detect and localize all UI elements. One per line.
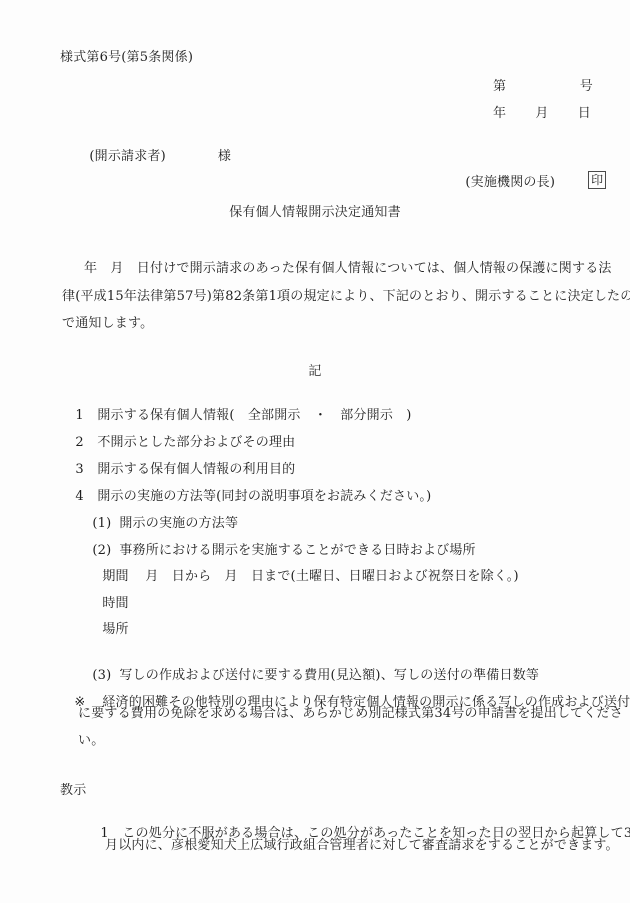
doc-number-prefix: 第 bbox=[493, 79, 506, 95]
doc-number-suffix: 号 bbox=[580, 79, 593, 95]
addressee-honorific: 様 bbox=[218, 149, 231, 164]
issuer-line: (実施機関の長)印 bbox=[448, 157, 606, 207]
schedule-place-label: 場所 bbox=[102, 622, 145, 638]
instruction-item-line-2: 月以内に、彦根愛知犬上広域行政組合管理者に対して審査請求をすることができます。 bbox=[105, 838, 619, 854]
instruction-heading: 教示 bbox=[60, 783, 86, 799]
ki-heading: 記 bbox=[0, 364, 630, 380]
schedule-place-line: 場所 bbox=[85, 606, 145, 654]
doc-number-line: 第 号 bbox=[493, 79, 593, 95]
note-line-3: い。 bbox=[78, 733, 104, 749]
date-year: 年 bbox=[493, 106, 506, 122]
schedule-period-line: 期間月 日から 月 日まで(土曜日、日曜日および祝祭日を除く。) bbox=[85, 553, 519, 601]
issuer-label: (実施機関の長) bbox=[465, 175, 555, 190]
date-day: 日 bbox=[578, 106, 591, 122]
date-month: 月 bbox=[535, 106, 548, 122]
body-paragraph-line-1: 年 月 日付けで開示請求のあった保有個人情報については、個人情報の保護に関する法 bbox=[84, 261, 612, 277]
document-title: 保有個人情報開示決定通知書 bbox=[0, 205, 630, 221]
document-page: 様式第6号(第5条関係) 第 号 年 月 日 (開示請求者)様 (実施機関の長)… bbox=[0, 0, 630, 903]
date-line: 年 月 日 bbox=[493, 106, 591, 122]
body-paragraph-line-3: で通知します。 bbox=[62, 316, 153, 332]
form-number: 様式第6号(第5条関係) bbox=[60, 50, 193, 66]
note-line-2: に要する費用の免除を求める場合は、あらかじめ別記様式第34号の申請書を提出してく… bbox=[78, 706, 623, 722]
addressee-label: (開示請求者) bbox=[89, 149, 166, 164]
seal-box: 印 bbox=[588, 171, 606, 189]
body-paragraph-line-2: 律(平成15年法律第57号)第82条第1項の規定により、下記のとおり、開示するこ… bbox=[62, 289, 630, 305]
addressee-line: (開示請求者)様 bbox=[72, 133, 231, 181]
schedule-period-value: 月 日から 月 日まで(土曜日、日曜日および祝祭日を除く。) bbox=[145, 569, 518, 584]
